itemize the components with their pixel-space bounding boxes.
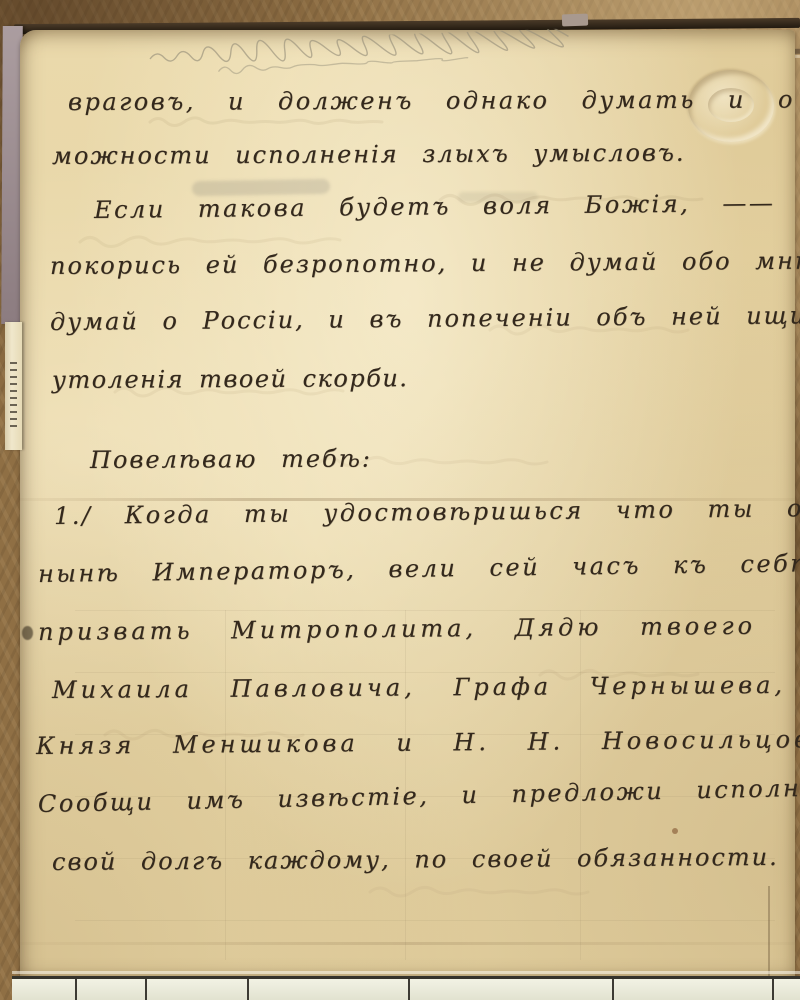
manuscript-line-10: призвать Митрополита, Дядю твоего bbox=[38, 612, 756, 646]
ghost-squiggle bbox=[370, 887, 588, 896]
pencil-annotation bbox=[147, 25, 668, 83]
form-sheet-edge-highlight bbox=[12, 971, 800, 974]
rust-spot bbox=[672, 828, 678, 834]
manuscript-line-1: враговъ, и долженъ однако думать и о воз… bbox=[68, 85, 800, 116]
scanned-photo: враговъ, и долженъ однако думать и о воз… bbox=[0, 0, 800, 1000]
manuscript-line-14: свой долгъ каждому, по своей обязанности… bbox=[52, 843, 779, 876]
form-rule-line bbox=[408, 979, 410, 1000]
manuscript-line-7: Повелѣваю тебѣ: bbox=[90, 445, 372, 474]
sheet-corner-tab bbox=[562, 14, 588, 27]
manuscript-line-6: утоленія твоей скорби. bbox=[52, 364, 409, 394]
ghost-squiggle bbox=[80, 237, 340, 247]
ruled-form-sheet bbox=[12, 976, 800, 1000]
manuscript-line-9: нынѣ Императоръ, вели сей часъ къ себѣ bbox=[38, 549, 800, 588]
ghost-squiggle bbox=[150, 118, 382, 126]
manuscript-line-11: Михаила Павловича, Графа Чернышева, bbox=[52, 671, 786, 704]
letter-page: враговъ, и долженъ однако думать и о воз… bbox=[20, 30, 795, 977]
manuscript-line-12: Князя Меншикова и Н. Н. Новосильцова. bbox=[36, 725, 800, 760]
pencil-squiggle bbox=[149, 25, 569, 66]
form-rule-line bbox=[612, 979, 614, 1000]
form-rule-line bbox=[75, 979, 77, 1000]
fold-crease bbox=[768, 886, 770, 977]
ink-blot bbox=[22, 626, 33, 640]
manuscript-line-13: Сообщи имъ извѣстіе, и предложи исполнит… bbox=[38, 773, 800, 818]
form-rule-line bbox=[772, 979, 774, 1000]
manuscript-line-5: думай о Россіи, и въ попеченіи объ ней и… bbox=[50, 301, 800, 336]
manuscript-line-3: Если такова будетъ воля Божія, —— bbox=[94, 189, 776, 224]
manuscript-line-4: покорись ей безропотно, и не думай обо м… bbox=[50, 247, 800, 280]
fold-crease bbox=[20, 942, 795, 945]
form-rule-line bbox=[145, 979, 147, 1000]
pencil-squiggle bbox=[218, 58, 468, 75]
form-rule-line bbox=[247, 979, 249, 1000]
printed-edge-fragment bbox=[5, 322, 22, 450]
manuscript-line-2: можности исполненія злыхъ умысловъ. bbox=[52, 139, 686, 170]
tiny-vertical-type bbox=[10, 362, 17, 430]
